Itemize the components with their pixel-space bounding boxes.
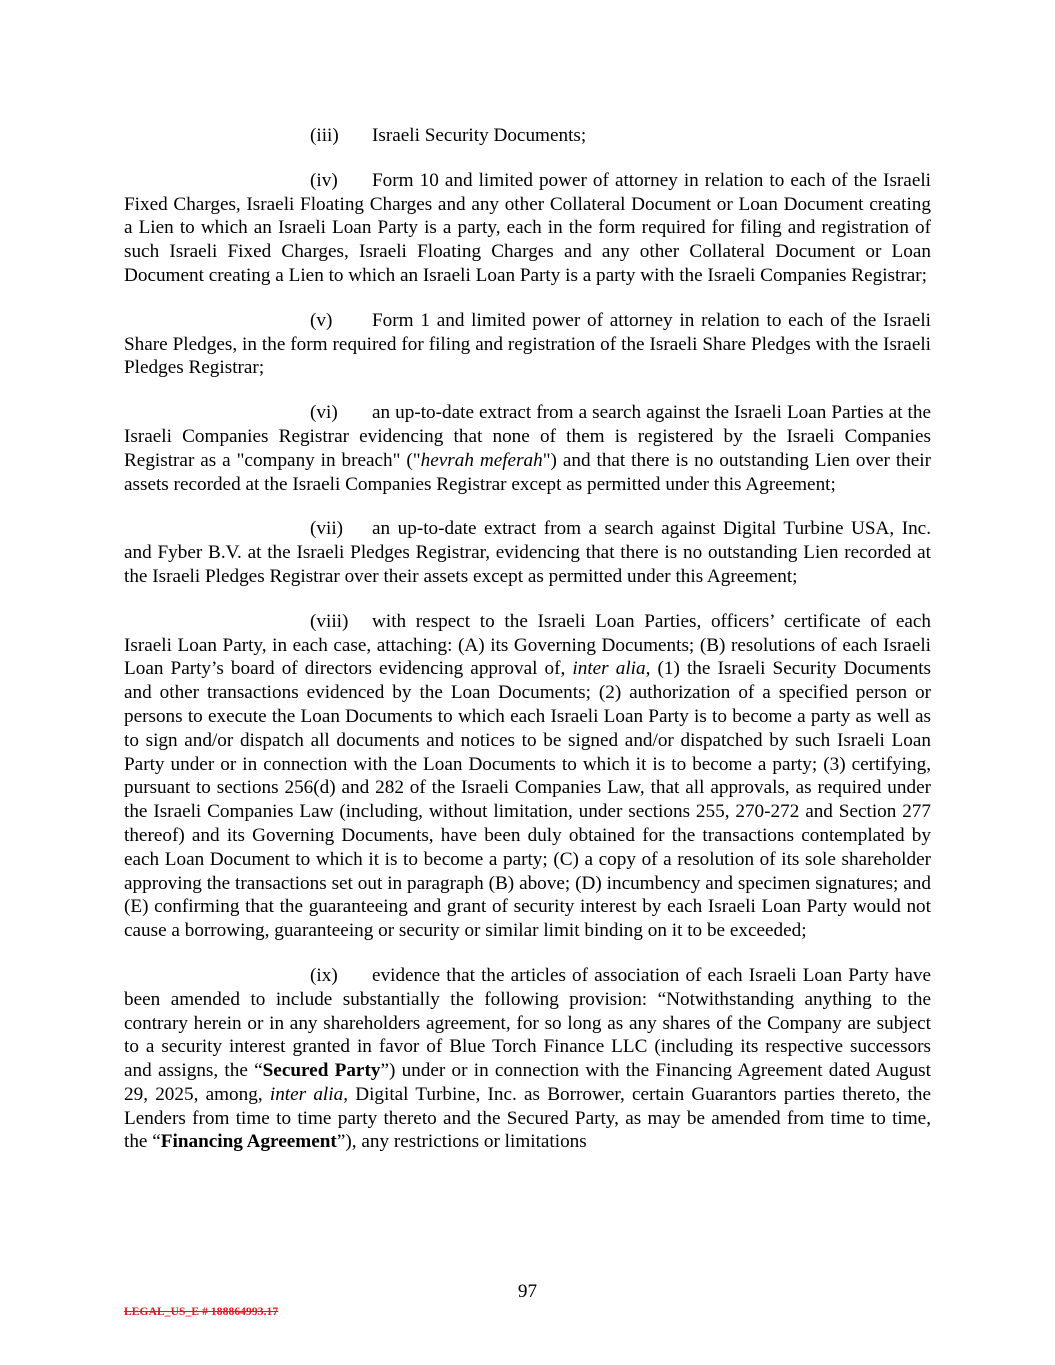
clause-vi: (vi)an up-to-date extract from a search … — [124, 401, 931, 496]
document-body: (iii)Israeli Security Documents; (iv)For… — [124, 124, 931, 1175]
clause-ix: (ix)evidence that the articles of associ… — [124, 964, 931, 1154]
page-number: 97 — [0, 1281, 1055, 1303]
clause-number: (v) — [310, 309, 372, 333]
clause-number: (iii) — [310, 124, 372, 148]
clause-text: , (1) the Israeli Security Documents and… — [124, 658, 931, 941]
defined-term-financing-agreement: Financing Agreement — [161, 1131, 337, 1152]
clause-vii: (vii)an up-to-date extract from a search… — [124, 517, 931, 588]
clause-v: (v)Form 1 and limited power of attorney … — [124, 309, 931, 380]
clause-text: Israeli Security Documents; — [372, 125, 586, 146]
clause-number: (ix) — [310, 964, 372, 988]
clause-iv: (iv)Form 10 and limited power of attorne… — [124, 169, 931, 288]
clause-number: (viii) — [310, 610, 372, 634]
clause-text-italic: inter alia — [572, 658, 645, 679]
clause-iii: (iii)Israeli Security Documents; — [124, 124, 931, 148]
clause-text: an up-to-date extract from a search agai… — [124, 518, 931, 587]
clause-number: (iv) — [310, 169, 372, 193]
clause-text-italic: inter alia — [270, 1084, 343, 1105]
clause-text: ”), any restrictions or limitations — [337, 1131, 587, 1152]
clause-number: (vi) — [310, 401, 372, 425]
document-id-footer: LEGAL_US_E # 188864993.17 — [124, 1306, 278, 1318]
clause-number: (vii) — [310, 517, 372, 541]
clause-text: Form 1 and limited power of attorney in … — [124, 310, 931, 379]
clause-text-italic: hevrah meferah — [421, 450, 543, 471]
clause-text: Form 10 and limited power of attorney in… — [124, 170, 931, 286]
clause-viii: (viii)with respect to the Israeli Loan P… — [124, 610, 931, 943]
defined-term-secured-party: Secured Party — [263, 1060, 381, 1081]
